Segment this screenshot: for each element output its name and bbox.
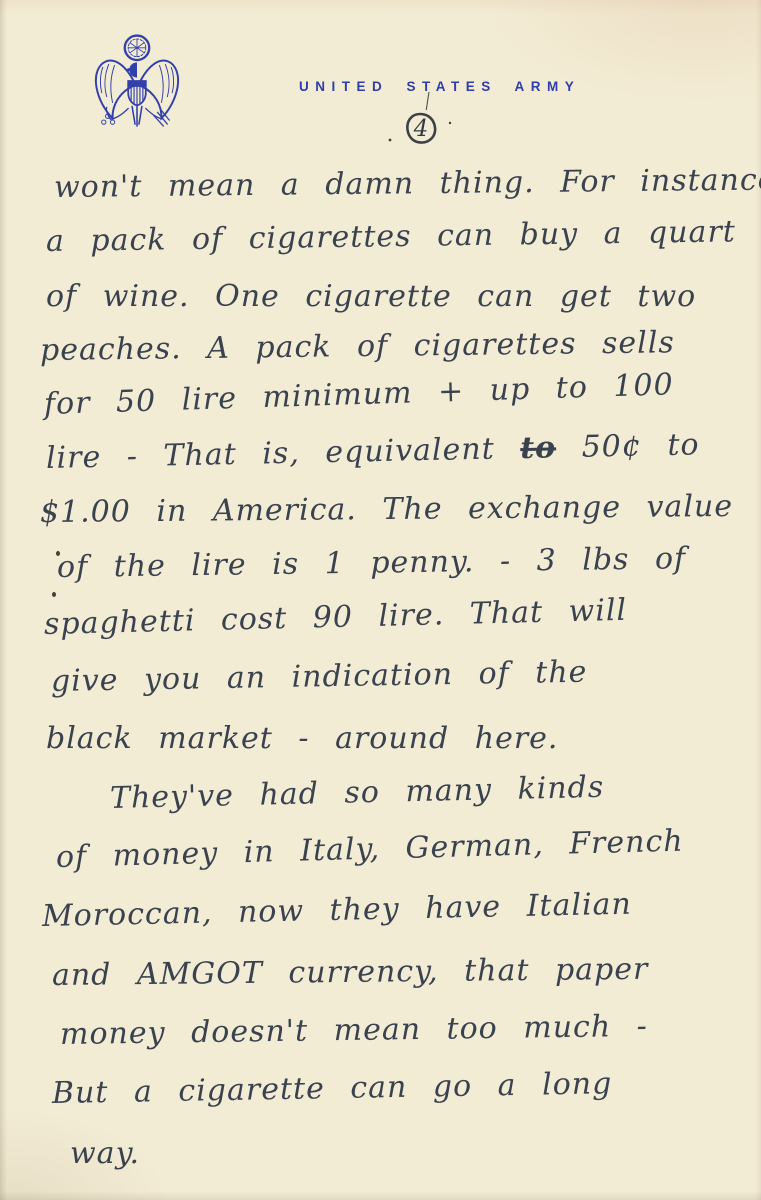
letter-line: a pack of cigarettes can buy a quart <box>46 214 736 259</box>
letter-line: way. <box>70 1136 140 1171</box>
letter-line: of the lire is 1 penny. - 3 lbs of <box>57 541 687 585</box>
letter-line: Moroccan, now they have Italian <box>42 887 633 934</box>
army-seal-icon <box>93 33 181 137</box>
ink-speck <box>56 551 60 556</box>
letter-line: They've had so many kinds <box>110 770 605 816</box>
letter-line: But a cigarette can go a long <box>52 1066 613 1111</box>
letter-line: and AMGOT currency, that paper <box>52 952 649 993</box>
letter-line: $1.00 in America. The exchange value <box>40 489 733 530</box>
letter-line-text: 50¢ to <box>556 427 700 465</box>
letter-line: money doesn't mean too much - <box>60 1009 648 1052</box>
page-number: 4 <box>413 116 429 142</box>
letter-line: for 50 lire minimum + up to 100 <box>43 367 674 422</box>
letter-page: UNITED STATES ARMY 4 won't mean a damn t… <box>0 0 761 1200</box>
ink-speck <box>52 592 56 597</box>
letter-line: lire - That is, equivalent to 50¢ to <box>46 427 700 476</box>
letter-line: of wine. One cigarette can get two <box>46 279 696 314</box>
letter-line: won't mean a damn thing. For instance, <box>54 162 761 205</box>
letter-line: give you an indication of the <box>51 655 588 699</box>
letter-line: black market - around here. <box>46 721 558 756</box>
letter-line-text: lire - That is, equivalent <box>46 431 521 476</box>
letter-line: peaches. A pack of cigarettes sells <box>40 325 675 368</box>
stray-pen-mark <box>426 92 429 110</box>
letter-line: of money in Italy, German, French <box>56 824 684 875</box>
page-number-badge: 4 <box>384 90 458 158</box>
strikethrough-word: to <box>520 430 557 466</box>
letter-line: spaghetti cost 90 lire. That will <box>44 593 628 642</box>
